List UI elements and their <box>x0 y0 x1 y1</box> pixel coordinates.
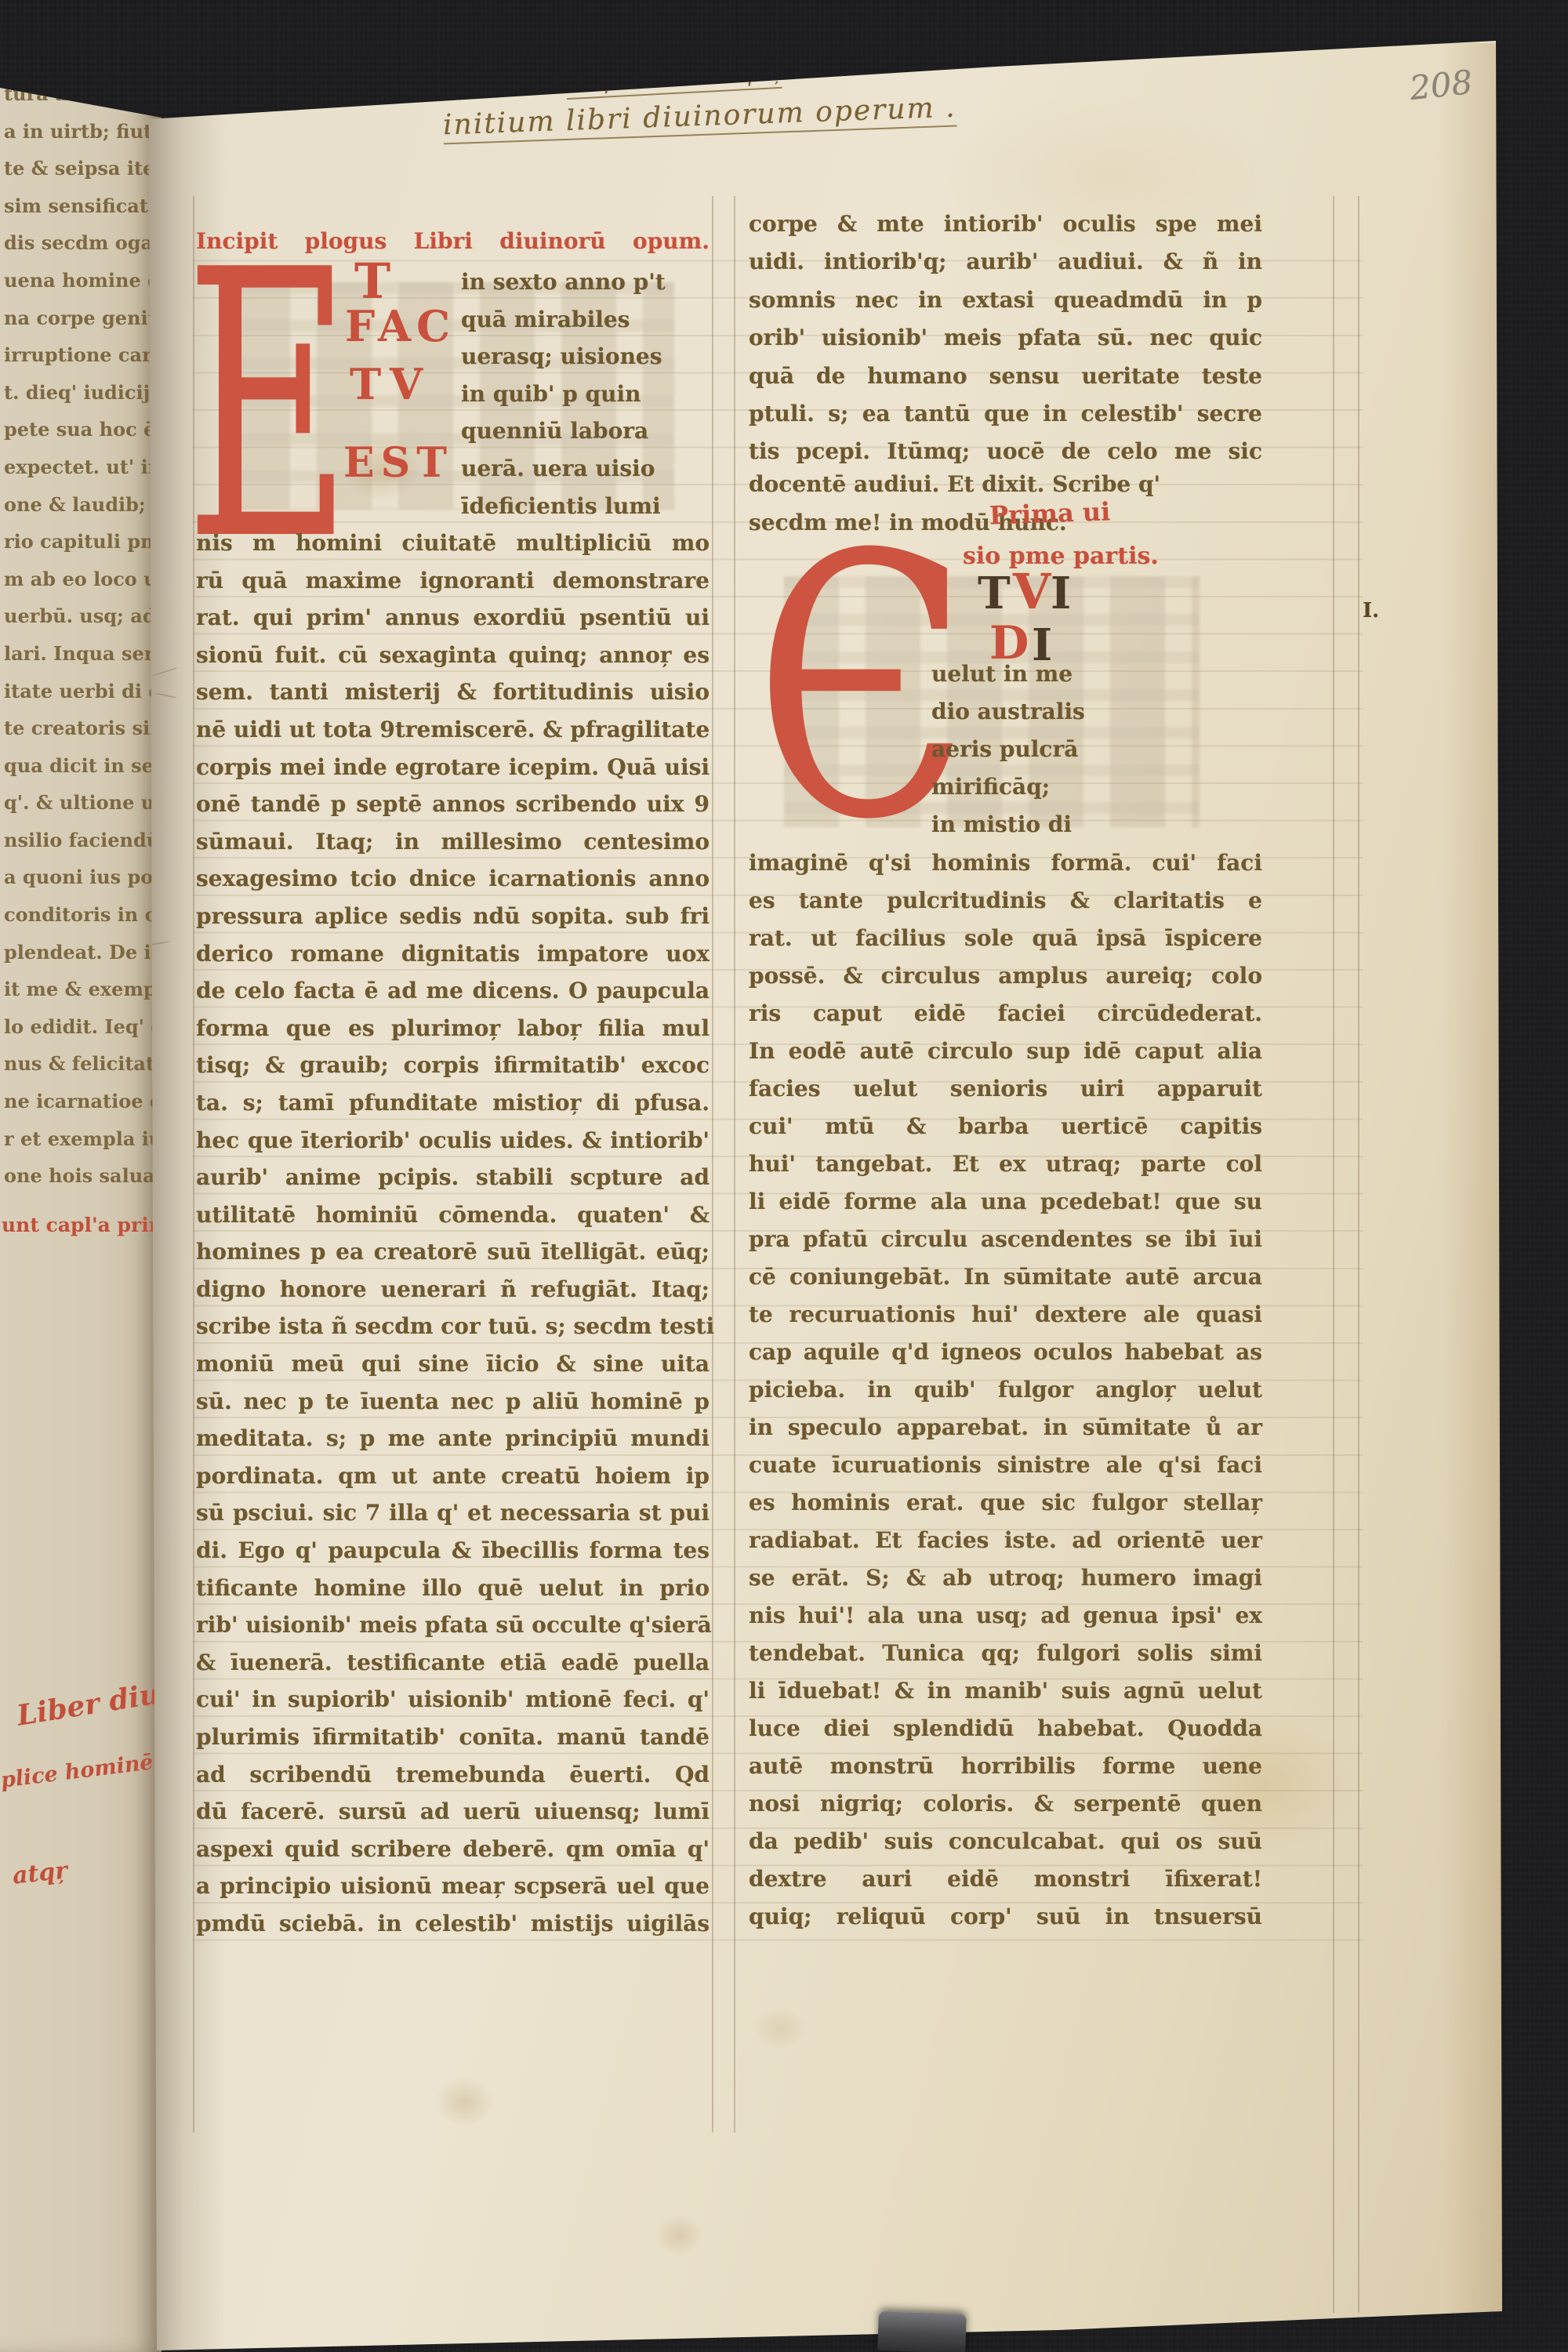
col1-narrow-text-block: in sexto anno p'tquā mirabilesuerasq; ui… <box>461 263 710 524</box>
manuscript-text-line: facies uelut senioris uiri apparuit <box>749 1070 1262 1108</box>
manuscript-text-line: uelut in me <box>931 655 1167 693</box>
manuscript-text-line: pmdū sciebā. in celestib' mistijs uigilā… <box>196 1905 710 1943</box>
manuscript-text-line: nsilio faciendū <box>4 822 159 859</box>
manuscript-text-line: nus & felicitate <box>4 1045 159 1083</box>
manuscript-text-line: sionū fuit. cū sexaginta quinq; annoŗ es <box>196 637 710 674</box>
manuscript-text-line: corpe & mte intiorib' oculis spe mei <box>749 205 1262 243</box>
manuscript-text-line: de celo facta ē ad me dicens. O paupcula <box>196 972 710 1010</box>
manuscript-page: incipit lib' diuin opeŗ initium libri di… <box>0 0 1568 2352</box>
manuscript-text-line: te recuruationis hui' dextere ale quasi <box>749 1296 1262 1334</box>
manuscript-text-line: uidi. intiorib'q; aurib' audiui. & ñ in <box>749 243 1262 281</box>
manuscript-text-line: rio capituli pmi <box>4 523 159 561</box>
manuscript-text-line: cuate īcuruationis sinistre ale q'si fac… <box>749 1446 1262 1484</box>
display-letter-I: I <box>1051 568 1071 619</box>
col2-text-block: imaginē q'si hominis formā. cui' facies … <box>749 844 1262 1936</box>
parchment-stain <box>435 2078 494 2126</box>
manuscript-text-line: forma que es plurimoŗ laboŗ filia mul <box>196 1010 710 1047</box>
manuscript-text-line: in speculo apparebat. in sūmitate ů ar <box>749 1409 1262 1446</box>
manuscript-text-line: ptuli. s; ea tantū que in celestib' secr… <box>749 395 1262 433</box>
manuscript-text-line: tisq; & grauib; corpis ifirmitatib' exco… <box>196 1047 710 1084</box>
manuscript-text-line: tis pcepi. Itūmq; uocē de celo me sic <box>749 433 1262 470</box>
top-annotation-small: incipit lib' diuin opeŗ <box>565 62 782 100</box>
manuscript-text-line: sū psciui. sic 7 illa q' et necessaria s… <box>196 1494 710 1532</box>
manuscript-text-line: nis m homini ciuitatē multipliciū mo <box>196 524 710 562</box>
manuscript-text-line: r et exempla iust <box>4 1120 159 1158</box>
manuscript-text-line: hui' tangebat. Et ex utraq; parte col <box>749 1145 1262 1183</box>
manuscript-text-line: rib' uisionib' meis pfata sū occulte q's… <box>196 1606 710 1644</box>
manuscript-text-line: it me & exempli <box>4 971 159 1008</box>
manuscript-text-line: dū facerē. sursū ad uerū uiuensq; lumī <box>196 1793 710 1831</box>
display-letter-V: V <box>1013 563 1051 620</box>
display-letters-FAC: FAC <box>345 301 456 351</box>
manuscript-text-line: lo edidit. Ieq' de <box>4 1008 159 1046</box>
manuscript-text-line: tendebat. Tunica qq; fulgori solis simi <box>749 1635 1262 1672</box>
manuscript-text-line: digno honore uenerari ñ refugiāt. Itaq; <box>196 1271 710 1308</box>
manuscript-text-line: possē. & circulus amplus aureiq; colo <box>749 957 1262 995</box>
manuscript-text-line: one & laudib; di <box>4 486 159 524</box>
manuscript-text-line: es tante pulcritudinis & claritatis e <box>749 882 1262 920</box>
manuscript-text-line: cap aquile q'd igneos oculos habebat as <box>749 1334 1262 1371</box>
manuscript-text-line: sūmaui. Itaq; in millesimo centesimo <box>196 823 710 861</box>
manuscript-text-line: tura anim egtica <box>4 75 159 113</box>
manuscript-text-line: aurib' anime pcipis. stabili scpture ad <box>196 1159 710 1196</box>
manuscript-text-line: mirificāq; <box>931 768 1167 806</box>
manuscript-text-line: somnis nec in extasi queadmdū in p <box>749 281 1262 319</box>
manuscript-text-line: a principio uisionū meaŗ scpserā uel que <box>196 1867 710 1905</box>
manuscript-text-line: li īduebat! & in manib' suis agnū uelut <box>749 1672 1262 1710</box>
manuscript-text-line: dio australis <box>931 693 1167 731</box>
manuscript-text-line: aspexi quid scribere deberē. qm omīa q' <box>196 1831 710 1868</box>
manuscript-photo-background: tura anim egticaa in uirtb; fiut fete & … <box>0 0 1568 2352</box>
manuscript-text-line: plendeat. De icar <box>4 934 159 971</box>
col2-narrow-text-block: uelut in medio australisaeris pulcrāmiri… <box>931 655 1167 844</box>
manuscript-text-line: es hominis erat. que sic fulgor stellaŗ <box>749 1484 1262 1522</box>
manuscript-text-line: one hois saluatio <box>4 1157 159 1195</box>
manuscript-text-line: sem. tanti misterij & fortitudinis uisio <box>196 673 710 711</box>
manuscript-text-line: expectet. ut' ira i <box>4 448 159 486</box>
manuscript-text-line: rat. qui prim' annus exordiū psentiū ui <box>196 599 710 637</box>
manuscript-text-line: scribe ista ñ secdm cor tuū. s; secdm te… <box>196 1308 710 1345</box>
manuscript-text-line: cui' in supiorib' uisionib' mtionē feci.… <box>196 1681 710 1719</box>
previous-page-text-fragments: tura anim egticaa in uirtb; fiut fete & … <box>4 75 159 1195</box>
manuscript-text-line: di. Ego q' paupcula & ībecillis forma te… <box>196 1532 710 1570</box>
manuscript-text-line: autē monstrū horribilis forme uene <box>749 1748 1262 1785</box>
manuscript-text-line: ta. s; tamī pfunditate mistioŗ di pfusa. <box>196 1084 710 1122</box>
display-letters-EST: EST <box>343 439 453 487</box>
manuscript-text-line: orib' uisionib' meis pfata sū. nec quic <box>749 319 1262 357</box>
manuscript-text-line: nosi nigriq; coloris. & serpentē quen <box>749 1785 1262 1823</box>
manuscript-text-line: nis hui'! ala una usq; ad genua ipsi' ex <box>749 1597 1262 1635</box>
col2-top-text-block: corpe & mte intiorib' oculis spe meiuidi… <box>749 205 1262 471</box>
manuscript-text-line: se erāt. S; & ab utroq; humero imagi <box>749 1559 1262 1597</box>
manuscript-text-line: īdeficientis lumi <box>461 488 710 525</box>
column-guide-line <box>734 196 735 2132</box>
manuscript-text-line: te & seipsa itellige <box>4 150 159 187</box>
manuscript-text-line: plurimis īfirmitatib' conīta. manū tandē <box>196 1719 710 1756</box>
manuscript-text-line: picieba. in quib' fulgor angloŗ uelut <box>749 1371 1262 1409</box>
parchment-stain <box>753 2007 808 2050</box>
manuscript-text-line: corpis mei inde egrotare icepim. Quā uis… <box>196 749 710 786</box>
manuscript-text-line: In eodē autē circulo sup idē caput alia <box>749 1033 1262 1070</box>
manuscript-text-line: quiq; reliquū corp' suū in tnsuersū <box>749 1898 1262 1936</box>
manuscript-text-line: li eidē forme ala una pcedebat! que su <box>749 1183 1262 1221</box>
manuscript-text-line: itate uerbi di de <box>4 673 159 710</box>
manuscript-text-line: sexagesimo tcio dnice icarnationis anno <box>196 860 710 898</box>
manuscript-text-line: pordinata. qm ut ante creatū hoiem ip <box>196 1457 710 1495</box>
page-edge-browning <box>1441 43 1502 2317</box>
manuscript-text-line: dextre auri eidē monstri īfixerat! <box>749 1860 1262 1898</box>
manuscript-text-line: & īuenerā. testificante etiā eadē puella <box>196 1644 710 1682</box>
manuscript-text-line: in quib' p quin <box>461 376 710 413</box>
page-holder-clamp <box>877 2311 967 2352</box>
margin-guide-line <box>1333 196 1334 2313</box>
manuscript-text-line: pressura aplice sedis ndū sopita. sub fr… <box>196 898 710 935</box>
manuscript-text-line: sū. nec p te īuenta nec p aliū hominē p <box>196 1383 710 1421</box>
manuscript-text-line: derico romane dignitatis impatore uox <box>196 935 710 973</box>
manuscript-text-line: aeris pulcrā <box>931 731 1167 768</box>
rubric-prima-visio-line1: Prima ui <box>989 496 1110 530</box>
manuscript-text-line: luce diei splendidū habebat. Quodda <box>749 1710 1262 1748</box>
manuscript-text-line: a in uirtb; fiut fe <box>4 113 159 151</box>
manuscript-text-line: m ab eo loco ubi <box>4 561 159 598</box>
manuscript-text-line: dis secdm oga sua <box>4 224 159 262</box>
manuscript-text-line: uena homine dunda <box>4 262 159 299</box>
manuscript-text-line: a quoni ius pote <box>4 858 159 896</box>
manuscript-text-line: moniū meū qui sine īicio & sine uita <box>196 1345 710 1383</box>
manuscript-text-line: na corpe genita. q' <box>4 299 159 337</box>
manuscript-text-line: nē uidi ut tota 9tremiscerē. & pfragilit… <box>196 711 710 749</box>
manuscript-text-line: in mistio di <box>931 806 1167 844</box>
manuscript-text-line: ad scribendū tremebunda ēuerti. Qd <box>196 1756 710 1794</box>
manuscript-text-line: uerasq; uisiones <box>461 338 710 376</box>
manuscript-text-line: da pedib' suis conculcabat. qui os suū <box>749 1823 1262 1860</box>
manuscript-text-line: hec que īteriorib' oculis uides. & intio… <box>196 1122 710 1160</box>
manuscript-text-line: quā mirabiles <box>461 301 710 339</box>
rubric-prima-visio-line2: sio pme partis. <box>963 543 1159 570</box>
parchment-stain <box>655 2215 703 2256</box>
manuscript-text-line: ne icarnatioe di <box>4 1083 159 1120</box>
manuscript-text-line: irruptione carnis <box>4 336 159 374</box>
display-letters-TV: TV <box>350 359 431 409</box>
manuscript-text-line: te creatoris sine <box>4 710 159 747</box>
manuscript-text-line: pete sua hoc ē idē <box>4 411 159 448</box>
manuscript-text-line: t. dieq' iudicij ad <box>4 374 159 412</box>
previous-page-red-fragment: atqŗ <box>11 1857 68 1889</box>
column-guide-line <box>712 196 713 2132</box>
decorated-initial-E-col1: E <box>185 263 352 551</box>
manuscript-text-line: qua dicit in se ip <box>4 747 159 785</box>
manuscript-text-line: conditoris in op <box>4 896 159 934</box>
manuscript-text-line: quā de humano sensu ueritate teste <box>749 358 1262 395</box>
manuscript-text-line: uerā. uera uisio <box>461 450 710 488</box>
manuscript-text-line: lari. Inqua sert ex <box>4 635 159 673</box>
manuscript-text-line: q'. & ultione uel i <box>4 784 159 822</box>
previous-page-edge: tura anim egticaa in uirtb; fiut fete & … <box>0 0 162 2352</box>
manuscript-text-line: utilitatē hominiū cōmenda. quaten' & <box>196 1196 710 1234</box>
manuscript-text-line: in sexto anno p't <box>461 263 710 301</box>
manuscript-text-line: pra pfatū circulu ascendentes se ibi īui <box>749 1221 1262 1258</box>
manuscript-text-line: cē coniungebāt. In sūmitate autē arcua <box>749 1258 1262 1296</box>
margin-chapter-numeral: I. <box>1363 599 1379 622</box>
manuscript-text-line: onē tandē p septē annos scribendo uix 9 <box>196 786 710 823</box>
margin-guide-line <box>1358 196 1359 2313</box>
manuscript-text-line: meditata. s; p me ante principiū mundi <box>196 1420 710 1457</box>
manuscript-text-line: cui' mtū & barba uerticē capitis <box>749 1108 1262 1145</box>
top-annotation-title: initium libri diuinorum operum . <box>442 92 956 145</box>
manuscript-text-line: quenniū labora <box>461 412 710 450</box>
col1-text-block: nis m homini ciuitatē multipliciū morū q… <box>196 524 710 1943</box>
manuscript-text-line: uerbū. usq; ad pni <box>4 597 159 635</box>
manuscript-text-line: tificante homine illo quē uelut in prio <box>196 1570 710 1607</box>
manuscript-text-line: sim sensificat. & <box>4 187 159 225</box>
display-letter-T: T <box>978 568 1011 619</box>
manuscript-text-line: ris caput eidē faciei circūdederat. <box>749 995 1262 1033</box>
manuscript-text-line: radiabat. Et facies iste. ad orientē uer <box>749 1522 1262 1559</box>
manuscript-text-line: imaginē q'si hominis formā. cui' faci <box>749 844 1262 882</box>
manuscript-text-line: rū quā maxime ignoranti demonstrare <box>196 562 710 600</box>
folio-number: 208 <box>1408 63 1475 107</box>
manuscript-text-line: rat. ut facilius sole quā ipsā īspicere <box>749 920 1262 957</box>
manuscript-text-line: homines p ea creatorē suū ītelligāt. eūq… <box>196 1233 710 1271</box>
